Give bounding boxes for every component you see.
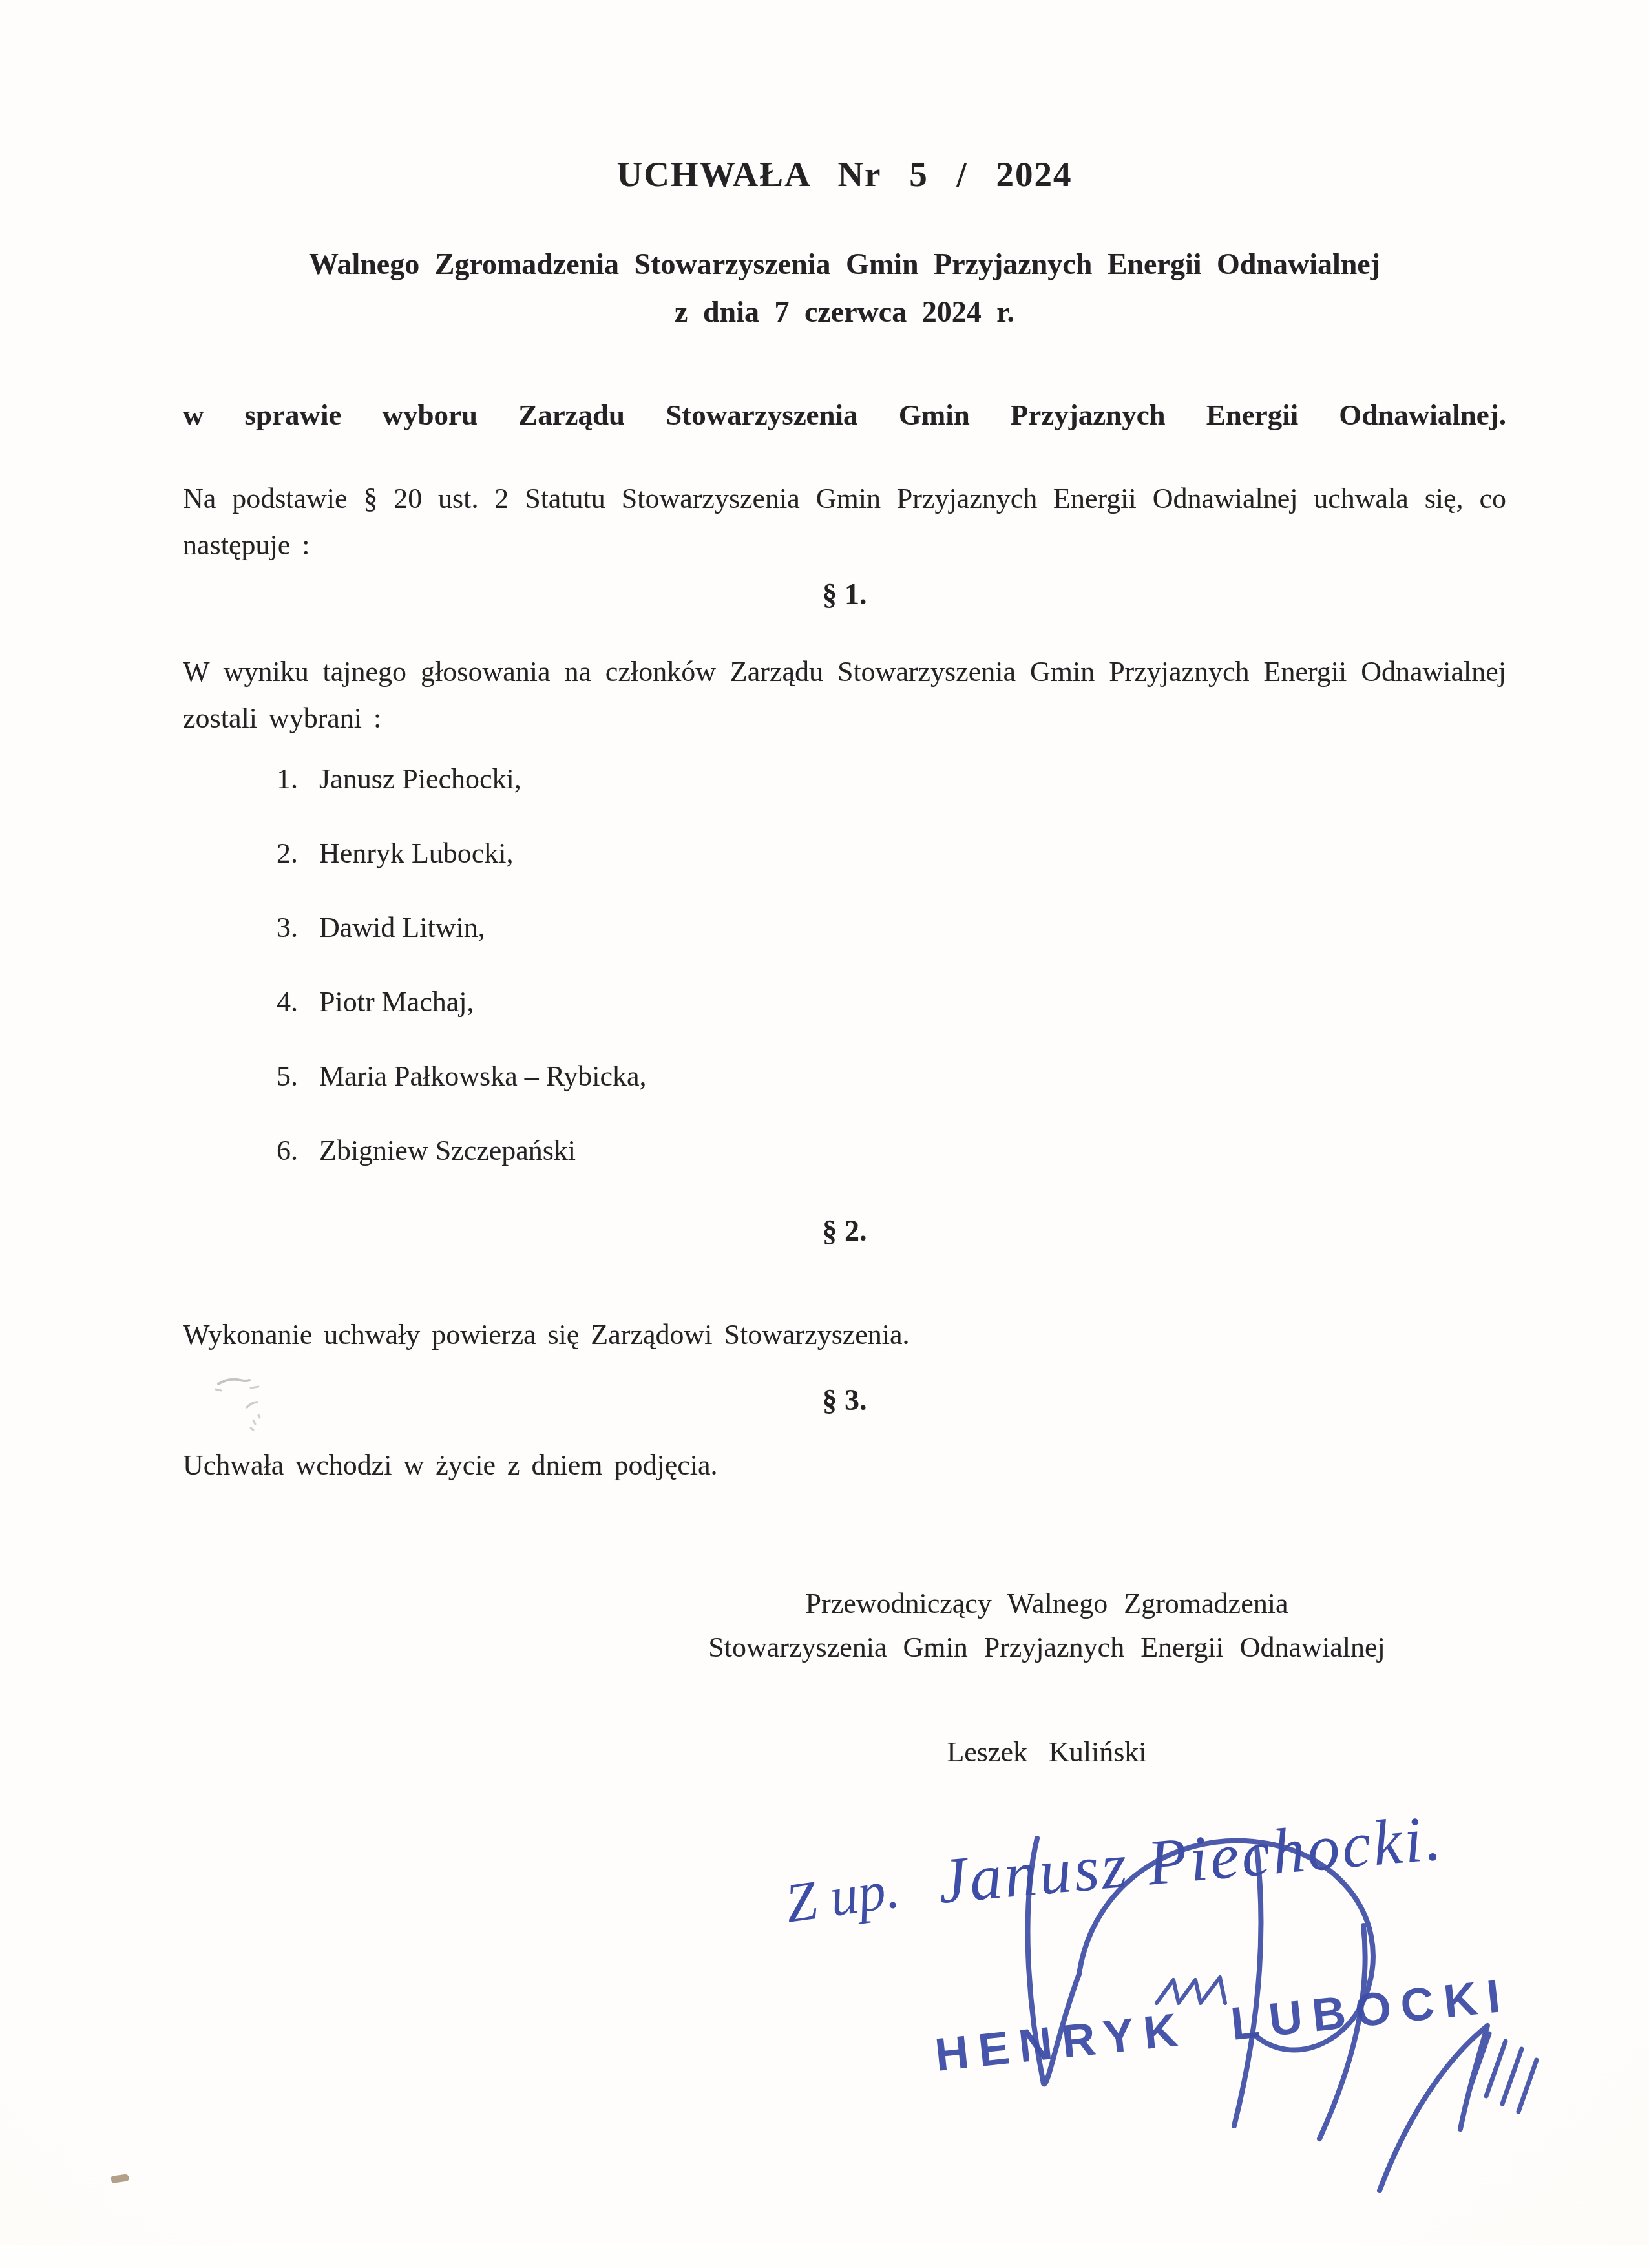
closing-block: Przewodniczący Walnego Zgromadzenia Stow…	[607, 1582, 1486, 1774]
list-item: 5. Maria Pałkowska – Rybicka,	[277, 1060, 1246, 1093]
list-item: 6. Zbigniew Szczepański	[277, 1134, 1246, 1168]
member-name: Piotr Machaj,	[319, 985, 474, 1019]
member-name: Dawid Litwin,	[319, 911, 485, 945]
pencil-smudge-mark	[213, 1370, 291, 1434]
elected-members-list: 1. Janusz Piechocki, 2. Henryk Lubocki, …	[277, 762, 1246, 1208]
section-1-intro: W wyniku tajnego głosowania na członków …	[183, 649, 1506, 742]
list-item-number: 6.	[277, 1134, 319, 1168]
flourish-zigzag	[1157, 1977, 1225, 2003]
list-item-number: 3.	[277, 911, 319, 945]
signature-block: Z up. Janusz Piechocki. HENRYK LUBOCKI	[743, 1790, 1583, 2216]
signature-annotation-name: Janusz Piechocki.	[935, 1801, 1446, 1917]
document-title: UCHWAŁA Nr 5 / 2024	[183, 154, 1506, 194]
closing-role-line-1: Przewodniczący Walnego Zgromadzenia	[607, 1582, 1486, 1626]
signature-annotation-prefix: Z up.	[781, 1857, 903, 1935]
section-3-heading: § 3.	[183, 1383, 1506, 1417]
list-item: 3. Dawid Litwin,	[277, 911, 1246, 945]
list-item: 2. Henryk Lubocki,	[277, 837, 1246, 870]
section-1-heading: § 1.	[183, 577, 1506, 611]
list-item-number: 2.	[277, 837, 319, 870]
list-item: 4. Piotr Machaj,	[277, 985, 1246, 1019]
member-name: Maria Pałkowska – Rybicka,	[319, 1060, 647, 1093]
signature-annotation: Z up. Janusz Piechocki.	[781, 1801, 1446, 1935]
list-item-number: 4.	[277, 985, 319, 1019]
paraph-sweep	[1380, 2026, 1487, 2190]
section-2-heading: § 2.	[183, 1213, 1506, 1248]
legal-basis-paragraph: Na podstawie § 20 ust. 2 Statutu Stowarz…	[183, 476, 1506, 569]
closing-role-line-2: Stowarzyszenia Gmin Przyjaznych Energii …	[607, 1626, 1486, 1670]
chairman-name: Leszek Kuliński	[607, 1730, 1486, 1774]
scan-bottom-edge	[0, 2245, 1649, 2268]
member-name: Henryk Lubocki,	[319, 837, 514, 870]
section-3-body: Uchwała wchodzi w życie z dniem podjęcia…	[183, 1442, 1506, 1489]
list-item: 1. Janusz Piechocki,	[277, 762, 1246, 796]
subtitle-line-2: z dnia 7 czerwca 2024 r.	[183, 288, 1506, 336]
subject-line: w sprawie wyboru Zarządu Stowarzyszenia …	[183, 398, 1506, 432]
document-subtitle: Walnego Zgromadzenia Stowarzyszenia Gmin…	[183, 240, 1506, 336]
scanned-resolution-page: UCHWAŁA Nr 5 / 2024 Walnego Zgromadzenia…	[0, 0, 1649, 2268]
section-2-body: Wykonanie uchwały powierza się Zarządowi…	[183, 1312, 1506, 1358]
list-item-number: 5.	[277, 1060, 319, 1093]
list-item-number: 1.	[277, 762, 319, 796]
subtitle-line-1: Walnego Zgromadzenia Stowarzyszenia Gmin…	[183, 240, 1506, 288]
paper-speck	[110, 2174, 129, 2183]
member-name: Zbigniew Szczepański	[319, 1134, 576, 1168]
member-name: Janusz Piechocki,	[319, 762, 521, 796]
